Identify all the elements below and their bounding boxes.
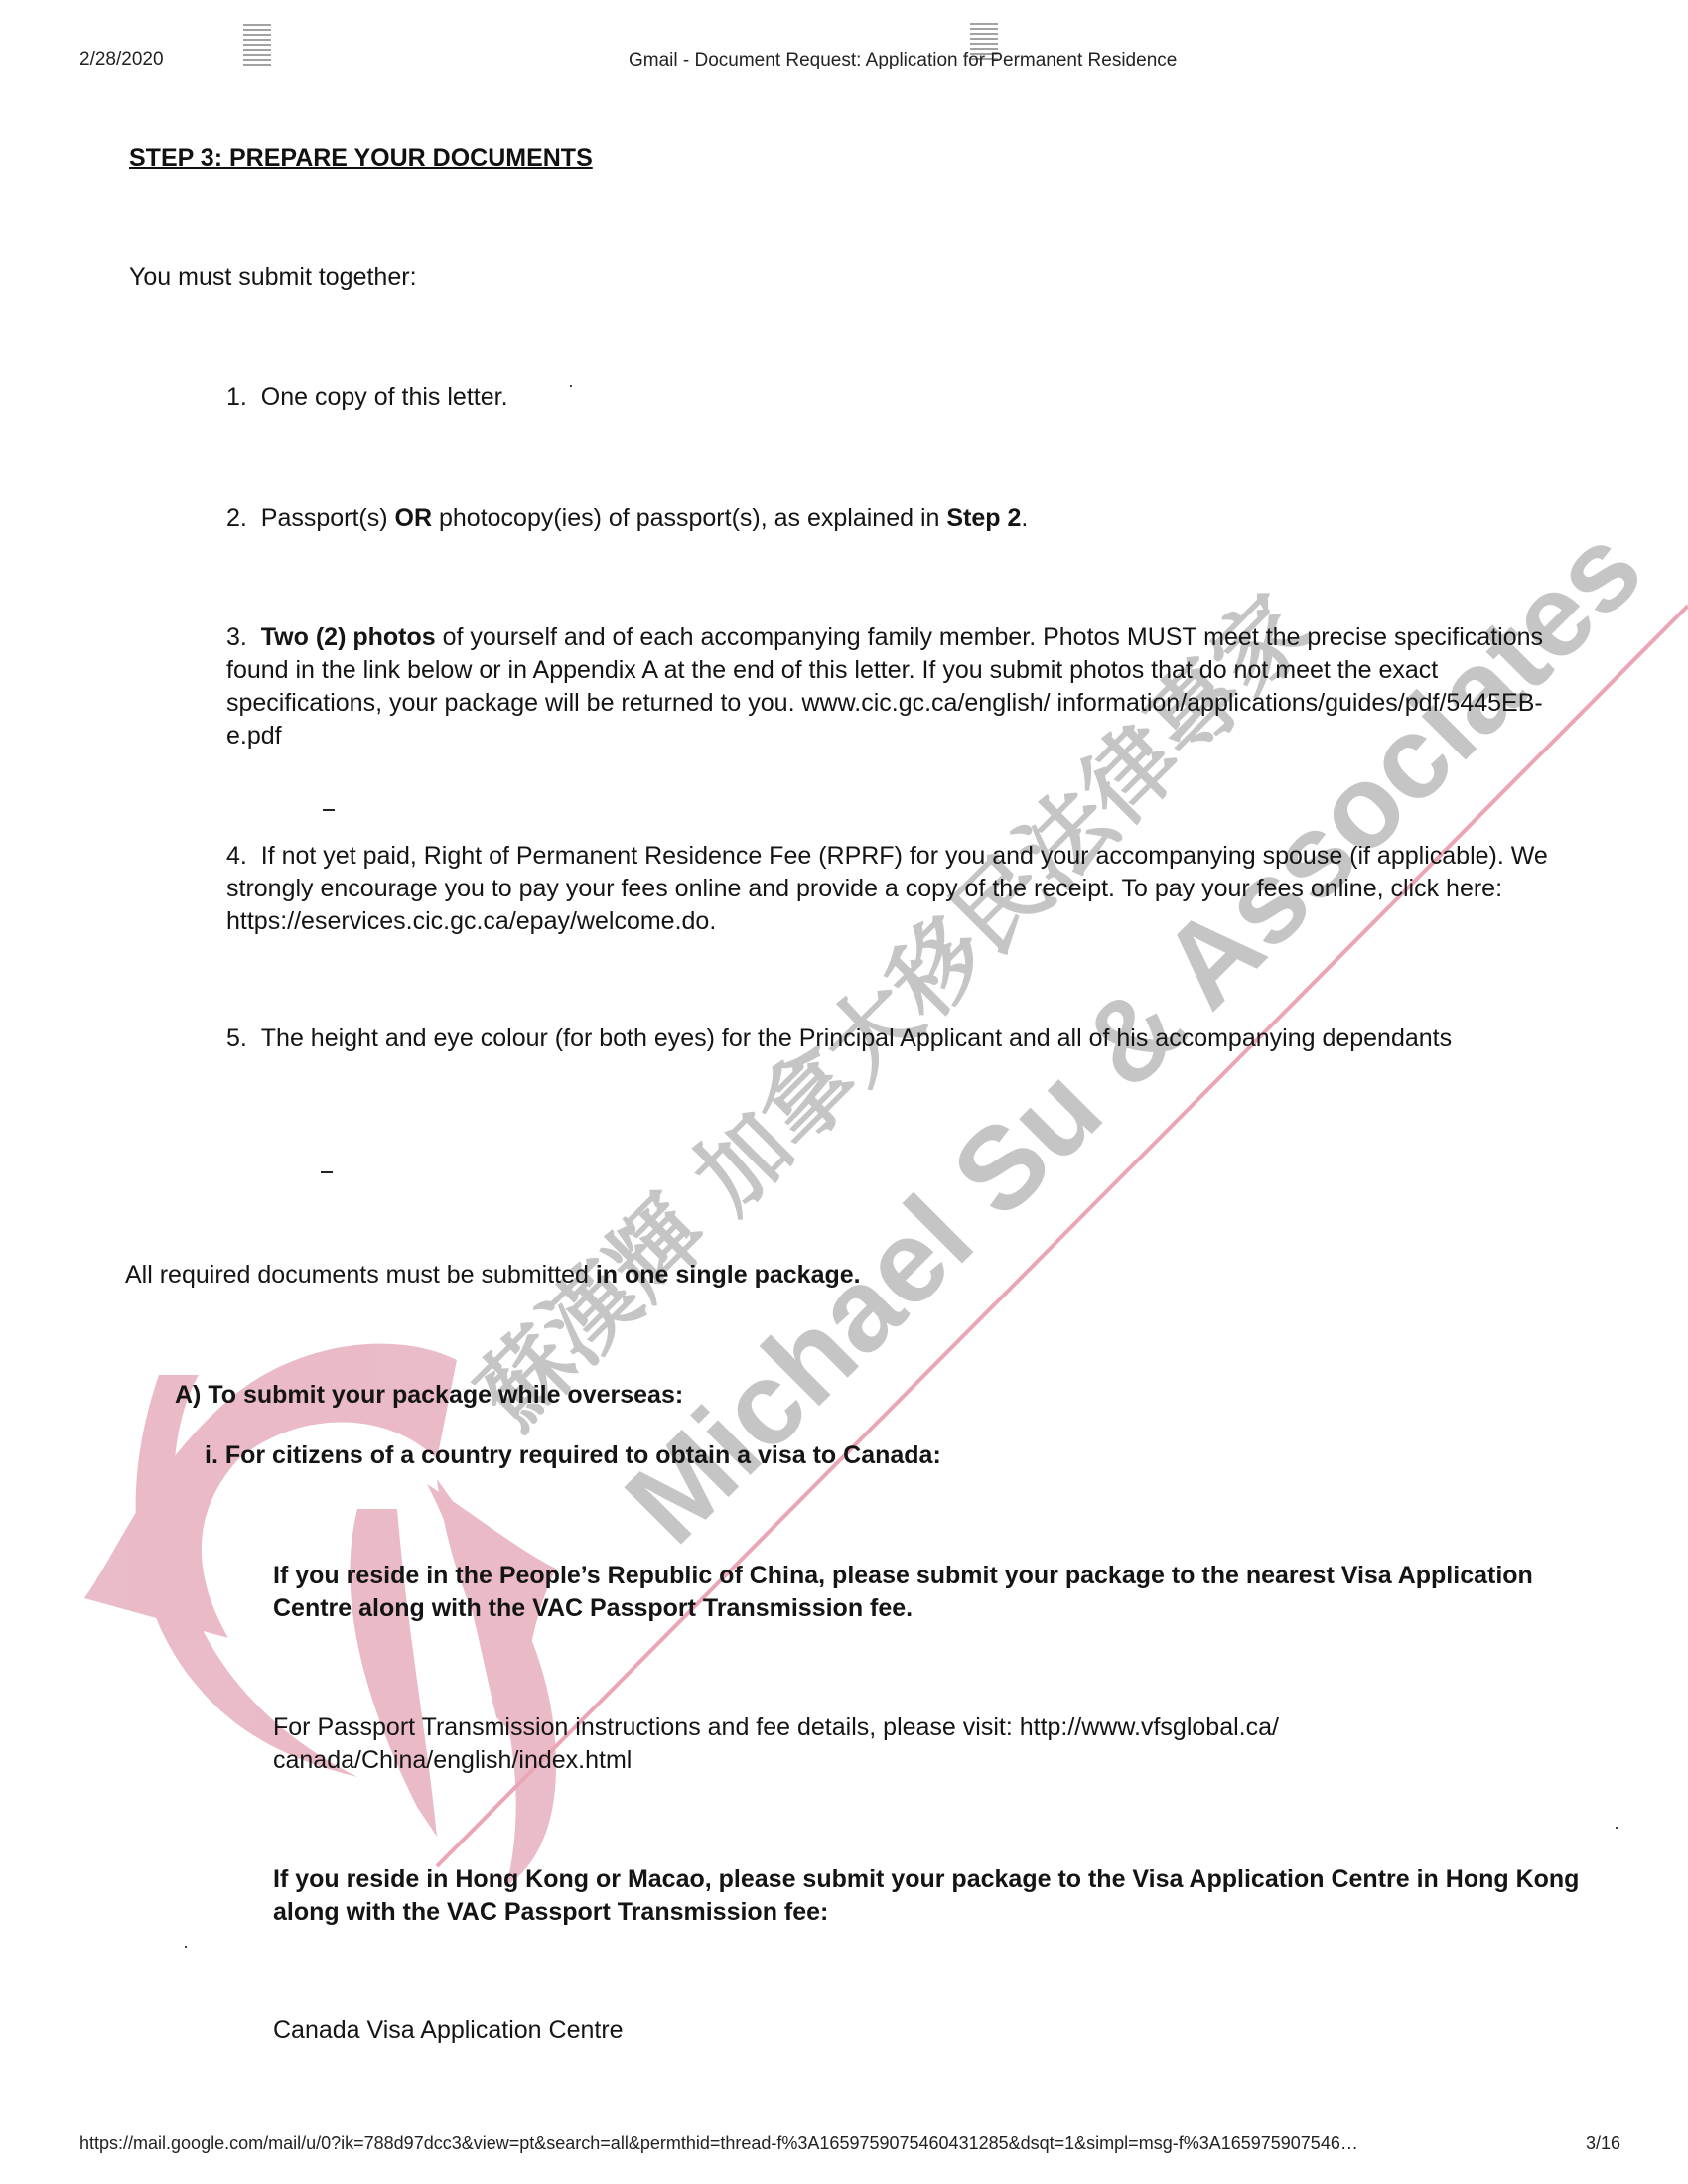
list-item-1: 1. One copy of this letter. — [226, 381, 508, 414]
item-number: 2. — [226, 504, 247, 532]
item-text: One copy of this letter. — [261, 383, 508, 411]
item-number: 4. — [226, 842, 247, 870]
stray-dash — [323, 809, 335, 811]
footer-url: https://mail.google.com/mail/u/0?ik=788d… — [79, 2133, 1358, 2154]
watermark-logo — [0, 0, 1688, 2184]
passport-transmission-info: For Passport Transmission instructions a… — [273, 1711, 1405, 1777]
print-date: 2/28/2020 — [79, 49, 164, 70]
item-number: 3. — [226, 623, 247, 651]
intro-text: You must submit together: — [129, 261, 417, 294]
watermark-text: 蘇漢輝 加拿大移民法律專家 Michael Su & Associates — [0, 0, 1688, 2184]
section-a-heading: A) To submit your package while overseas… — [175, 1379, 683, 1412]
scan-speck — [1616, 1827, 1618, 1829]
scan-artifact — [243, 24, 271, 66]
china-instructions: If you reside in the People’s Republic o… — [273, 1560, 1554, 1625]
single-package-note: All required documents must be submitted… — [125, 1259, 861, 1292]
vac-name: Canada Visa Application Centre — [273, 2014, 624, 2047]
item-number: 1. — [226, 383, 247, 411]
stray-dash — [321, 1171, 333, 1173]
scan-speck — [570, 385, 572, 387]
item-number: 5. — [226, 1024, 247, 1052]
list-item-5: 5. The height and eye colour (for both e… — [226, 1023, 1452, 1055]
page-number: 3/16 — [1586, 2133, 1620, 2154]
hk-macao-instructions: If you reside in Hong Kong or Macao, ple… — [273, 1863, 1584, 1929]
scan-speck — [185, 1946, 187, 1948]
list-item-2: 2. Passport(s) OR photocopy(ies) of pass… — [226, 502, 1028, 535]
subsection-i-heading: i. For citizens of a country required to… — [205, 1439, 941, 1472]
page-header-title: Gmail - Document Request: Application fo… — [629, 50, 1177, 71]
list-item-3: 3. Two (2) photos of yourself and of eac… — [226, 621, 1547, 752]
list-item-4: 4. If not yet paid, Right of Permanent R… — [226, 840, 1557, 938]
section-title: STEP 3: PREPARE YOUR DOCUMENTS — [129, 144, 593, 173]
